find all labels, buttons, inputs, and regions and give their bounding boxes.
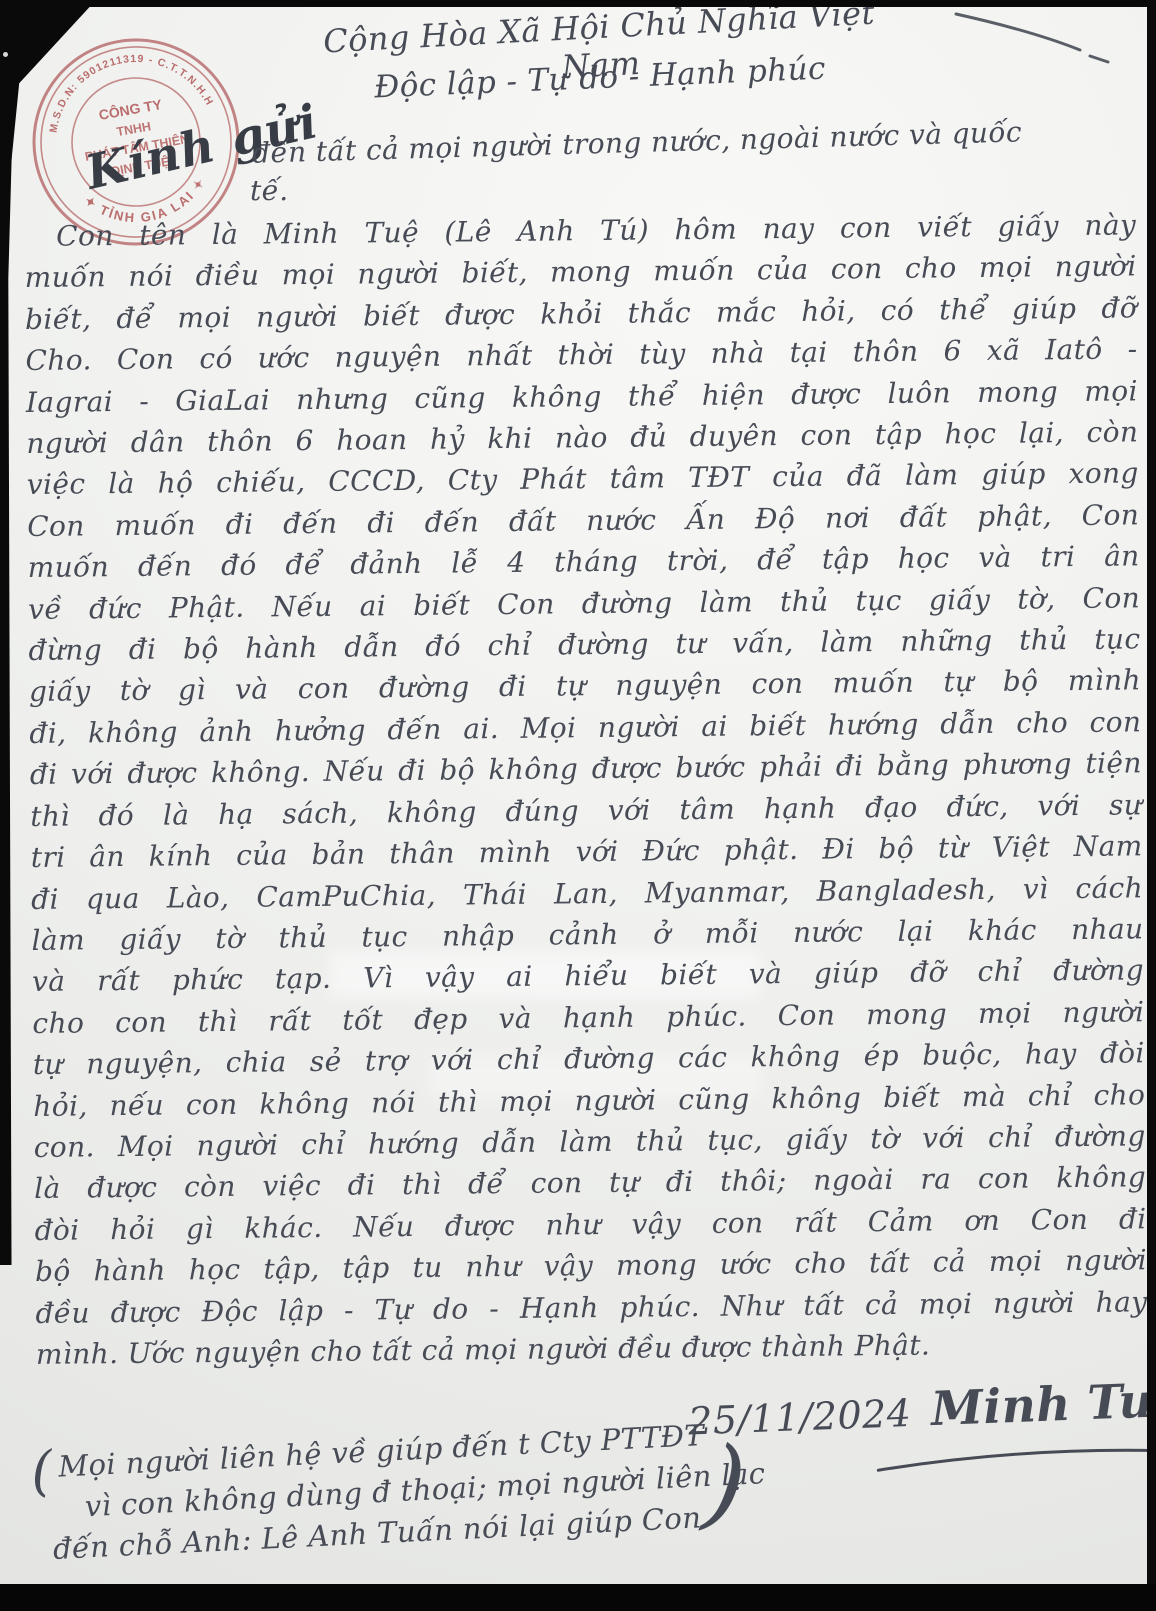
pen-stroke-artifact [950, 8, 1120, 72]
letter-body: Con tên là Minh Tuệ (Lê Anh Tú) hôm nay … [24, 204, 1148, 1375]
stamp-company-word: CÔNG TY [97, 95, 163, 123]
salutation-continuation: tế. [250, 174, 289, 207]
photo-edge-bottom [0, 1584, 1156, 1611]
signature: Minh Tuệ [930, 1373, 1156, 1438]
photo-edge-top [0, 0, 1156, 7]
open-paren: ( [30, 1439, 55, 1503]
photo-artifact-dot [3, 52, 8, 57]
photo-edge-right [1147, 0, 1156, 1584]
letter-photo: Cộng Hòa Xã Hội Chủ Nghĩa Việt Nam Độc l… [0, 0, 1156, 1611]
